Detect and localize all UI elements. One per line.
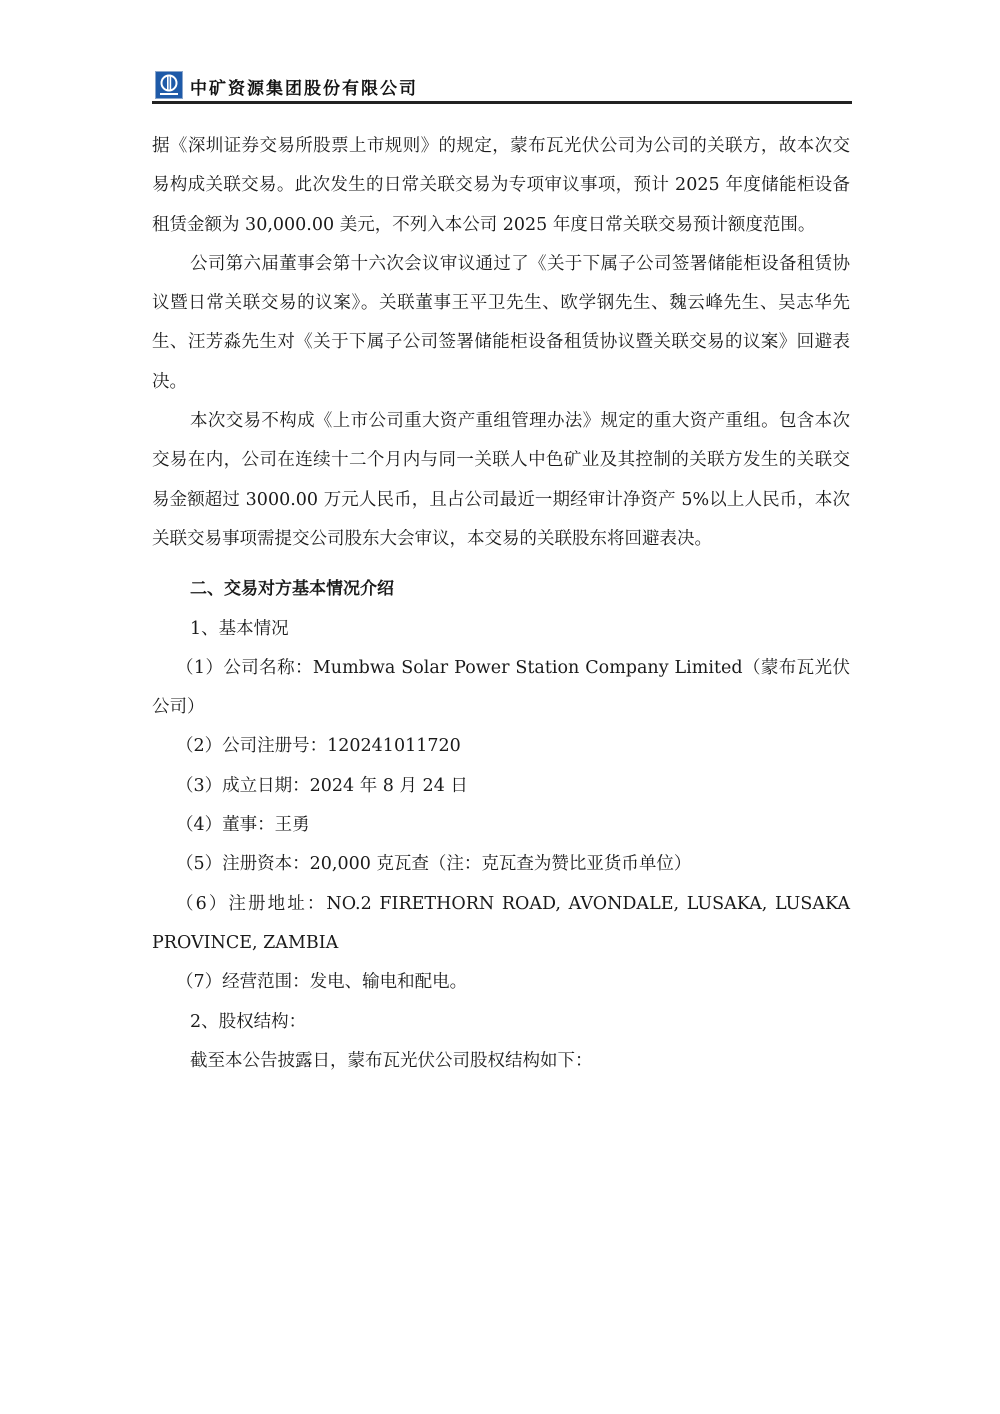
subsection-basic-info: 1、基本情况 (152, 610, 850, 649)
paragraph-related-party: 据《深圳证券交易所股票上市规则》的规定，蒙布瓦光伏公司为公司的关联方，故本次交易… (152, 127, 850, 245)
subsection-equity-structure: 2、股权结构： (152, 1003, 850, 1042)
item-business-scope: （7）经营范围：发电、输电和配电。 (152, 963, 850, 1002)
document-body: 据《深圳证券交易所股票上市规则》的规定，蒙布瓦光伏公司为公司的关联方，故本次交易… (152, 127, 850, 1081)
company-name: 中矿资源集团股份有限公司 (190, 74, 418, 99)
section-heading: 二、交易对方基本情况介绍 (152, 570, 850, 609)
page-header: 中矿资源集团股份有限公司 (152, 68, 852, 104)
item-registered-capital: （5）注册资本：20,000 克瓦查（注：克瓦查为赞比亚货币单位） (152, 845, 850, 884)
item-director: （4）董事：王勇 (152, 806, 850, 845)
paragraph-not-major-restructuring: 本次交易不构成《上市公司重大资产重组管理办法》规定的重大资产重组。包含本次交易在… (152, 402, 850, 559)
header-rule (152, 101, 852, 104)
item-establishment-date: （3）成立日期：2024 年 8 月 24 日 (152, 767, 850, 806)
item-registered-address: （6）注册地址：NO.2 FIRETHORN ROAD, AVONDALE, L… (152, 885, 850, 964)
item-company-name: （1）公司名称：Mumbwa Solar Power Station Compa… (152, 649, 850, 728)
paragraph-board-approval: 公司第六届董事会第十六次会议审议通过了《关于下属子公司签署储能柜设备租赁协议暨日… (152, 245, 850, 402)
china-nonferrous-logo-icon (155, 71, 183, 99)
item-registration-number: （2）公司注册号：120241011720 (152, 727, 850, 766)
closing-line: 截至本公告披露日，蒙布瓦光伏公司股权结构如下： (152, 1042, 850, 1081)
